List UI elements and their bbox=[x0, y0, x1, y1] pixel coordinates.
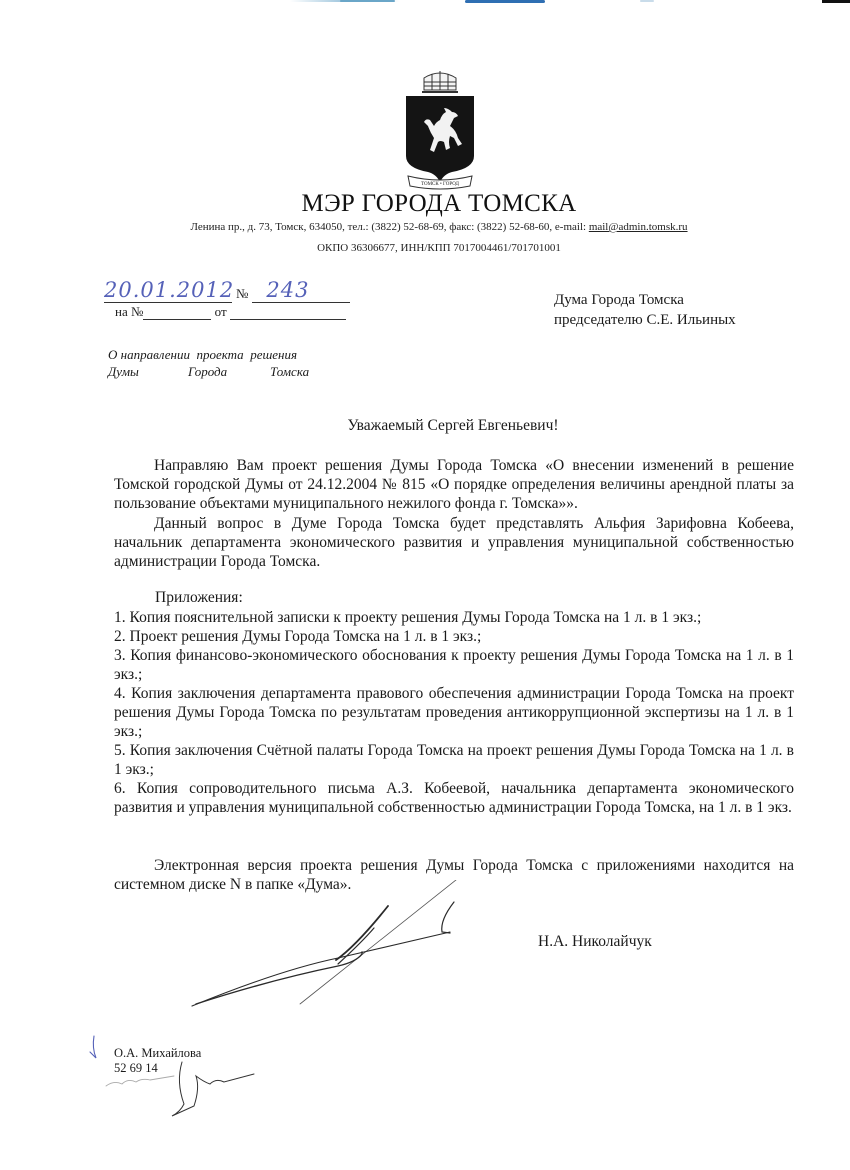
attachment-item: 3. Копия финансово-экономического обосно… bbox=[114, 646, 794, 684]
ref-number-field bbox=[143, 319, 211, 320]
subject-word: решения bbox=[250, 346, 297, 363]
body-paragraph-1: Направляю Вам проект решения Думы Города… bbox=[114, 456, 794, 513]
coat-of-arms-emblem: ТОМСК • ГОРОД bbox=[400, 68, 480, 190]
subject-word: Томска bbox=[270, 363, 309, 380]
coat-of-arms-icon: ТОМСК • ГОРОД bbox=[400, 68, 480, 190]
attachment-item: 2. Проект решения Думы Города Томска на … bbox=[114, 627, 794, 646]
email-link[interactable]: mail@admin.tomsk.ru bbox=[589, 221, 688, 233]
attachments-list: 1. Копия пояснительной записки к проекту… bbox=[114, 608, 794, 817]
attachment-item: 5. Копия заключения Счётной палаты Город… bbox=[114, 741, 794, 779]
scan-streak bbox=[640, 0, 654, 2]
attachment-item: 6. Копия сопроводительного письма А.З. К… bbox=[114, 779, 794, 817]
subject-word: О направлении bbox=[108, 346, 190, 363]
attachment-item: 4. Копия заключения департамента правово… bbox=[114, 684, 794, 741]
registration-date: 20.01.2012 bbox=[104, 278, 232, 303]
executor-block: О.А. Михайлова 52 69 14 bbox=[114, 1046, 201, 1076]
scan-corner-mark bbox=[822, 0, 850, 3]
attachment-item: 1. Копия пояснительной записки к проекту… bbox=[114, 608, 794, 627]
executor-phone: 52 69 14 bbox=[114, 1061, 201, 1076]
address-text: Ленина пр., д. 73, Томск, 634050, тел.: … bbox=[190, 221, 588, 233]
letterhead-registry: ОКПО 36306677, ИНН/КПП 7017004461/701701… bbox=[0, 242, 850, 254]
addressee-block: Дума Города Томска председателю С.Е. Иль… bbox=[554, 290, 736, 330]
scan-streak bbox=[465, 0, 545, 3]
signer-name: Н.А. Николайчук bbox=[538, 933, 652, 951]
subject-line-1: О направлении проекта решения bbox=[108, 346, 309, 363]
subject-block: О направлении проекта решения ДумыГорода… bbox=[108, 346, 309, 380]
letterhead-address: Ленина пр., д. 73, Томск, 634050, тел.: … bbox=[0, 221, 850, 233]
ref-label: на № bbox=[115, 304, 143, 319]
letterhead-title: МЭР ГОРОДА ТОМСКА bbox=[0, 190, 850, 218]
number-label: № bbox=[236, 286, 248, 301]
subject-word: проекта bbox=[196, 346, 243, 363]
registration-date-number: 20.01.2012 № 243 bbox=[104, 278, 364, 300]
scan-streak bbox=[340, 0, 395, 2]
svg-text:ТОМСК • ГОРОД: ТОМСК • ГОРОД bbox=[421, 182, 460, 187]
registration-number: 243 bbox=[252, 278, 350, 303]
from-label: от bbox=[215, 304, 227, 319]
reference-line: на № от bbox=[115, 304, 346, 320]
subject-word: Думы bbox=[108, 363, 188, 380]
subject-word: Города bbox=[188, 363, 270, 380]
executor-name: О.А. Михайлова bbox=[114, 1046, 201, 1061]
greeting: Уважаемый Сергей Евгеньевич! bbox=[0, 417, 850, 435]
ref-date-field bbox=[230, 319, 346, 320]
subject-line-2: ДумыГородаТомска bbox=[108, 363, 309, 380]
addressee-person: председателю С.Е. Ильиных bbox=[554, 310, 736, 330]
addressee-org: Дума Города Томска bbox=[554, 290, 736, 310]
body-paragraph-2: Данный вопрос в Думе Города Томска будет… bbox=[114, 514, 794, 571]
attachments-heading: Приложения: bbox=[155, 589, 243, 607]
